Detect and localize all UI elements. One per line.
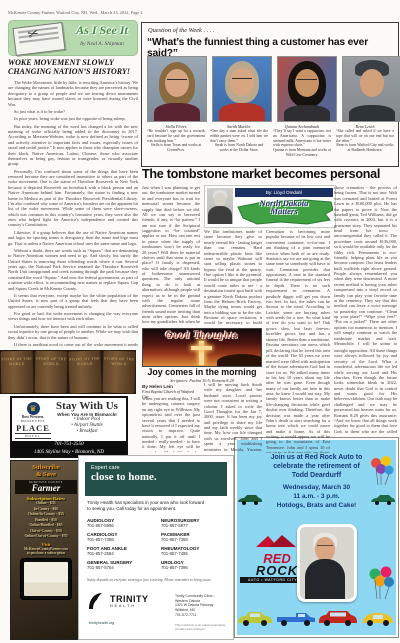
trinity-intro: Trinity Health has specialists in your a… — [87, 500, 207, 512]
farmer-masthead: McKENZIE COUNTY Farmer — [15, 480, 77, 494]
joy-column: pill, declaring that he loved this area … — [266, 348, 330, 453]
specialty-item: UROLOGY701-857-7396 — [161, 560, 227, 570]
tombstone-column: Just when I was planning to get out, the… — [142, 185, 200, 326]
suv-icon — [318, 610, 358, 627]
subscription-rate: Online/Out-of-County - $70 — [11, 534, 81, 540]
woke-paragraph: But today, the meaning of the word has c… — [8, 124, 138, 167]
person-bio: Stella is from Texas and works at CrownP… — [147, 143, 205, 152]
woke-article-body: The Woke Movement, little by little, is … — [8, 80, 138, 346]
woke-paragraph: For good or bad, the woke movement is ch… — [8, 311, 138, 322]
specialty-item: FOOT AND ANKLE701-857-2584 — [87, 546, 153, 556]
books-photo: STORY OF THE WORLD STORY OF THE WORLD ST… — [0, 350, 136, 394]
car-icon — [370, 494, 396, 505]
crown-icon: ♛ — [27, 402, 40, 415]
clinic-address: Trinity Community Clinic - Western Dakot… — [175, 594, 229, 618]
person-bio: Sarah is from North Dakota and works at … — [210, 143, 268, 152]
newspaper-page: McKenzie County Farmer, Watford City, ND… — [0, 0, 400, 643]
trinity-disclaimer: This institution is an equal opportunity… — [175, 624, 229, 632]
woke-paragraph: So just what is it to be woke? — [8, 109, 138, 114]
omdahl-portrait — [207, 188, 233, 224]
balloon-cluster-icon — [367, 566, 395, 600]
person-bio: Reno is from Watford City and works at B… — [336, 143, 394, 152]
nd-matters-title: North Dakota Matters — [235, 199, 333, 215]
book-spine: STORY OF THE WORLD — [35, 351, 68, 394]
woke-paragraph: In prior years, being woke was just the … — [8, 116, 138, 121]
trinity-logo: TRINITY HEALTH — [87, 592, 167, 610]
specialty-item: AUDIOLOGY701-857-5986 — [87, 518, 153, 528]
book-spine: STORY OF THE WORLD — [1, 351, 34, 394]
todd-photo — [297, 524, 357, 602]
person-caption: Quiana Archambault “They’ll say I want a… — [273, 124, 331, 164]
save-title: & Save — [11, 471, 81, 478]
trinity-header: Expert care close to home. — [85, 462, 227, 496]
masthead-farmer-label: Farmer — [15, 484, 77, 493]
question-of-week-box: Question of the Week . . . . “What’s the… — [141, 22, 399, 167]
clinic-address-line: 701-572-7711 — [175, 613, 229, 618]
tombstone-column: Cremation is becoming more popular becau… — [266, 229, 330, 346]
cross-icon — [199, 341, 204, 365]
hotel-name-line: HOTEL — [15, 433, 51, 439]
specialty-item: RHEUMATOLOGY701-857-7495 — [161, 546, 227, 556]
stay-headline: Stay With Us — [52, 400, 122, 412]
as-i-see-it-byline: by Neal A. Shipman — [68, 41, 136, 47]
joy-column: outright opposition. All these things we… — [334, 348, 397, 434]
person-caption: Sarah Mueller “One day a man asked what … — [210, 124, 268, 164]
subscription-ad: Subscribe & Save McKENZIE COUNTY Farmer … — [10, 460, 82, 640]
as-i-see-it-title: As I See It — [68, 23, 136, 38]
trinity-note: Safety depends on everyone wearing a fac… — [87, 578, 217, 583]
person-photo — [342, 56, 400, 122]
question-kicker: Question of the Week . . . . — [148, 27, 215, 34]
car-icon — [237, 610, 273, 627]
specialty-phone: 701-857-2584 — [87, 551, 153, 556]
woke-paragraph: Personally, I’m confused about some of t… — [8, 169, 138, 228]
woke-paragraph: Likewise, if a group believes that the u… — [8, 230, 138, 246]
stay-phone-bar: 701-751-2550 1405 Skyline Way • Bismarck… — [12, 441, 126, 456]
caption-row: Stella Flores “He wouldn’t sign up for a… — [147, 124, 394, 164]
best-western-logo: ♛ Best Western. ROOSEVELT PLACE HOTEL — [15, 402, 51, 439]
woke-paragraph: It seems that everyone, except maybe for… — [8, 293, 138, 309]
person-photo — [212, 56, 272, 122]
tablet-graphic — [20, 558, 72, 600]
mountain-icon — [254, 534, 300, 548]
headshot-row — [147, 56, 400, 122]
specialty-item: CARDIOLOGY701-857-7388 — [87, 532, 153, 542]
red-rock-ad: Join us at Red Rock Auto to celebrate th… — [234, 437, 399, 638]
trinity-leaf-icon — [87, 592, 103, 610]
tombstone-headline: The tombstone market becomes personal — [142, 167, 398, 181]
as-i-see-it-logo: ✂ As I See It by Neal A. Shipman — [8, 20, 138, 56]
person-photo — [277, 56, 337, 122]
trinity-header-line2: close to home. — [91, 471, 221, 483]
subscription-cta-line: to purchase a subscription — [11, 551, 81, 555]
woke-paragraph: Unfortunately, there have been and will … — [8, 324, 138, 340]
specialty-phone: 701-857-7495 — [161, 551, 227, 556]
woke-headline: WOKE MOVEMENT SLOWLY CHANGING NATION’S H… — [8, 59, 138, 77]
stay-with-us-ad: ♛ Best Western. ROOSEVELT PLACE HOTEL St… — [10, 396, 128, 458]
banner-title: Good Thoughts — [143, 331, 261, 341]
truck-icon — [276, 610, 316, 627]
person-quote: “They’ll say I want a cappuccino, not an… — [273, 129, 331, 148]
trinity-website: trinityhealth.org — [89, 621, 114, 625]
good-thoughts-banner: Good Thoughts — [142, 328, 262, 367]
person-quote: “One day a man asked what isle the edibl… — [210, 129, 268, 143]
nd-matters-line2: Matters — [235, 207, 333, 215]
person-caption: Reno Lesch “She called and asked if we h… — [336, 124, 394, 164]
car-icon — [361, 610, 395, 627]
specialty-item: NEUROSURGERY701-857-5877 — [161, 518, 227, 528]
person-photo — [147, 56, 207, 122]
specialty-phone: 701-857-5877 — [161, 523, 227, 528]
woke-paragraph: Without a doubt, there are words such as… — [8, 248, 138, 291]
masthead-line: McKenzie County Farmer, Watford City, ND… — [8, 10, 143, 15]
omdahl-byline: By: Lloyd Omdahl — [235, 188, 333, 197]
trinity-name-label: TRINITY — [110, 594, 149, 604]
car-row — [237, 610, 395, 627]
woke-paragraph: If there is anything good to come out of… — [8, 342, 138, 346]
joy-headline: Joy comes in the morning — [142, 367, 262, 377]
tombstone-column: chose cremation - the process of being f… — [334, 185, 397, 345]
specialty-item: GENERAL SURGERY701-857-5764 — [87, 560, 153, 570]
tombstone-column: We like tombstones made of stone because… — [204, 229, 262, 326]
person-quote: “She called and asked if we have a rope … — [336, 129, 394, 143]
nd-matters-logo: North Dakota Matters — [235, 198, 333, 225]
joy-column: I will be moving back South with my daug… — [204, 382, 262, 452]
trinity-health-ad: Expert care close to home. Trinity Healt… — [78, 455, 234, 640]
joy-column: When you are reading this, I will be und… — [142, 396, 200, 452]
hotel-name-line: PLACE — [15, 423, 51, 433]
book-spine: STORY OF THE WORLD — [68, 350, 101, 393]
trinity-health-label: HEALTH — [110, 604, 149, 608]
book-spine: STORY OF THE WORLD — [102, 351, 135, 394]
person-quote: “He wouldn’t sign up for a rewards card … — [147, 129, 205, 143]
subscribe-title: Subscribe — [11, 464, 81, 471]
specialty-phone: 701-857-7388 — [87, 537, 153, 542]
phone-number: 701-751-2550 — [12, 441, 126, 449]
specialty-item: PACEMAKER701-857-7388 — [161, 532, 227, 542]
car-icon — [237, 494, 263, 505]
stay-bullet: • Breakfast — [52, 429, 122, 435]
woke-paragraph: The Woke Movement, little by little, is … — [8, 80, 138, 107]
specialty-phone: 701-857-7388 — [161, 537, 227, 542]
balloon-cluster-icon — [369, 456, 395, 486]
trinity-specialty-list: AUDIOLOGY701-857-5986 NEUROSURGERY701-85… — [87, 518, 227, 570]
specialty-phone: 701-857-5764 — [87, 565, 153, 570]
specialty-phone: 701-857-7396 — [161, 565, 227, 570]
person-caption: Stella Flores “He wouldn’t sign up for a… — [147, 124, 205, 164]
person-bio: Quiana is from Montana and works at Wild… — [273, 148, 331, 157]
specialty-phone: 701-857-5986 — [87, 523, 153, 528]
nd-matters-logo-block: By: Lloyd Omdahl North Dakota Matters — [204, 185, 336, 228]
hill-silhouette — [217, 354, 262, 367]
